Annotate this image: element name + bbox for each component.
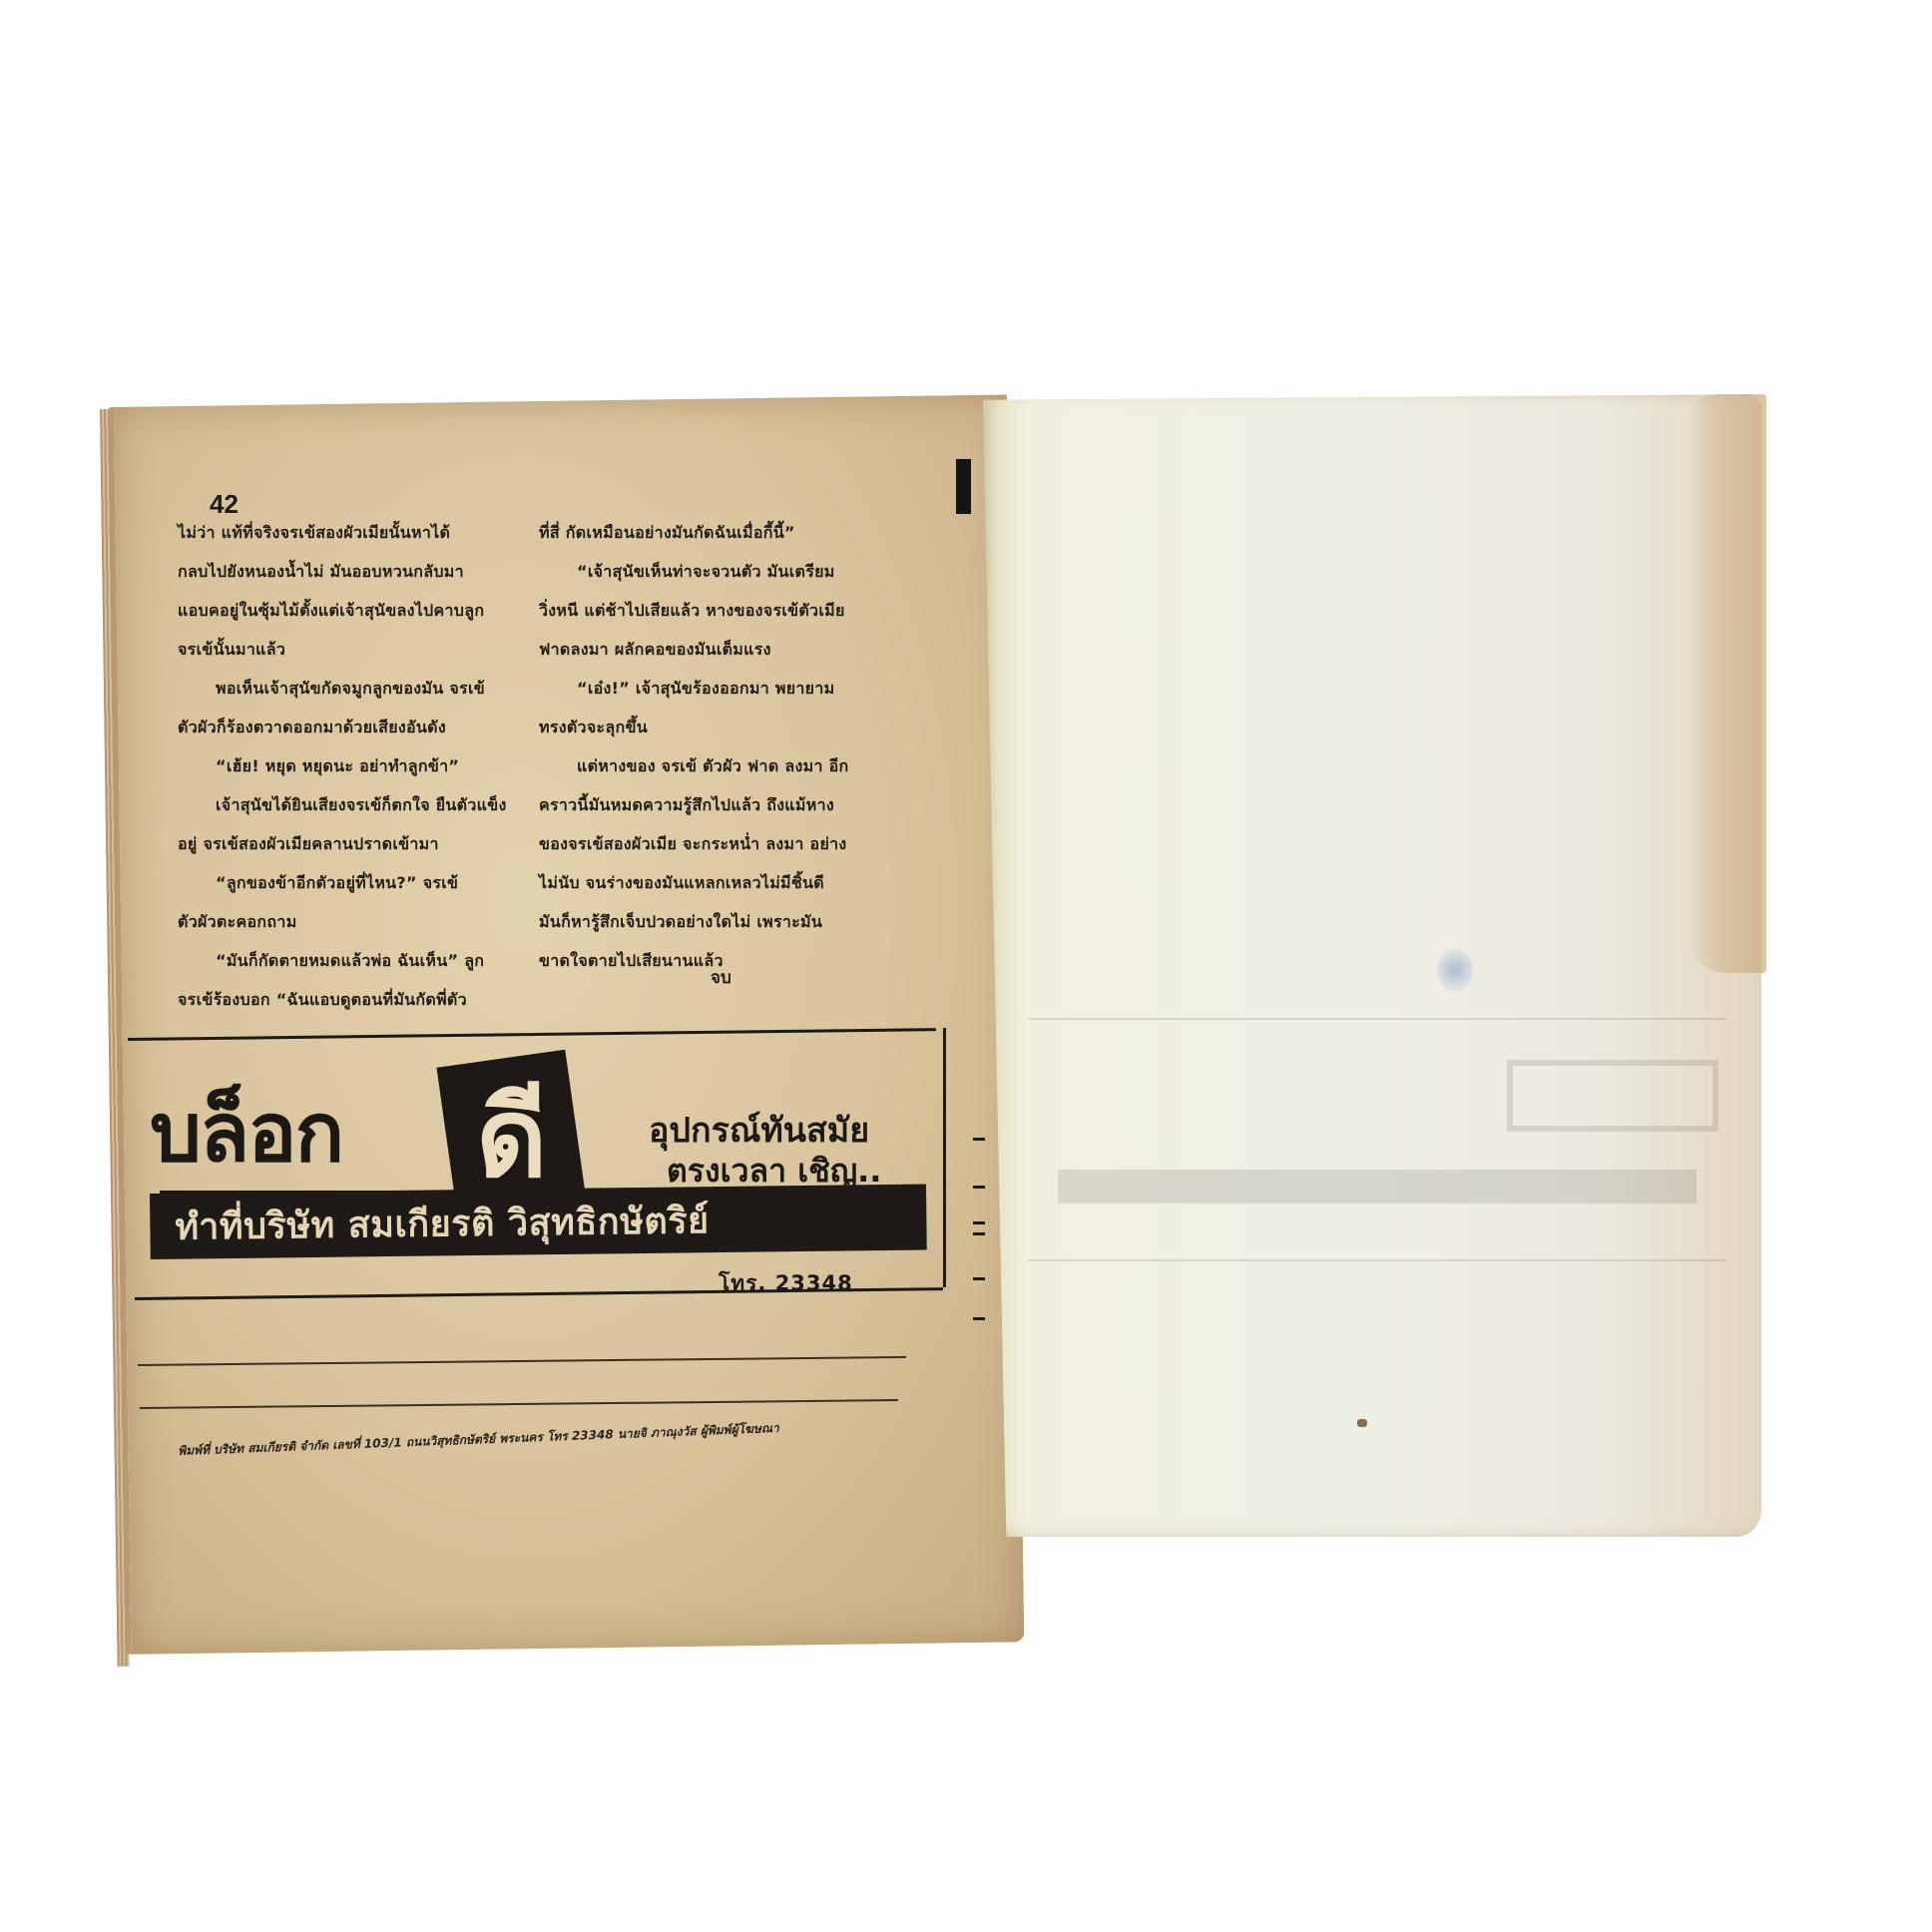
text-line: “มันก็กัดตายหมดแล้วพ่อ ฉันเห็น” ลูก: [178, 941, 522, 980]
text-line: ตัวผัวตะคอกถาม: [178, 902, 522, 941]
text-line: มันก็หารู้สึกเจ็บปวดอย่างใดไม่ เพราะมัน: [539, 902, 883, 941]
text-line: จรเข้นั้นมาแล้ว: [178, 630, 522, 669]
text-line: ของจรเข้สองผัวเมีย จะกระหน่ำ ลงมา อย่าง: [539, 824, 883, 863]
ink-smudge: [1437, 948, 1473, 992]
text-line: ทรงตัวจะลุกขึ้น: [539, 708, 883, 746]
text-line: ไม่นับ จนร่างของมันแหลกเหลวไม่มีชิ้นดี: [539, 863, 883, 902]
text-line: “เฮ้ย! หยุด หยุดนะ อย่าทำลูกข้า”: [178, 746, 522, 785]
ad-border-right: [943, 1028, 946, 1287]
text-line: “เอ๋ง!” เจ้าสุนัขร้องออกมา พยายาม: [539, 669, 883, 708]
text-line: ที่สี่ กัดเหมือนอย่างมันกัดฉันเมื่อกี้นี…: [539, 513, 883, 552]
gutter-marks: [973, 1138, 987, 1367]
text-line: ฟาดลงมา ผลักคอของมันเต็มแรง: [539, 630, 883, 669]
text-line: อยู่ จรเข้สองผัวเมียคลานปราดเข้ามา: [178, 824, 522, 863]
text-column-left: ไม่ว่า แท้ที่จริงจรเข้สองผัวเมียนั้นหาได…: [178, 513, 522, 1019]
text-line: วิ่งหนี แต่ช้าไปเสียแล้ว หางของจรเข้ตัวเ…: [539, 591, 883, 630]
spot-stain: [1357, 1419, 1367, 1427]
show-through-print: [1028, 1018, 1726, 1261]
text-line: พอเห็นเจ้าสุนัขกัดจมูกลูกของมัน จรเข้: [178, 669, 522, 708]
text-line: แอบคอยู่ในซุ้มไม้ตั้งแต่เจ้าสุนัขลงไปคาบ…: [178, 591, 522, 630]
ad-banner: ทำที่บริษัท สมเกียรติ วิสุทธิกษัตริย์: [150, 1184, 927, 1259]
text-line: แต่หางของ จรเข้ ตัวผัว ฟาด ลงมา อีก: [539, 746, 883, 785]
text-line: เจ้าสุนัขได้ยินเสียงจรเข้ก็ตกใจ ยืนตัวแข…: [178, 785, 522, 824]
text-line: “เจ้าสุนัขเห็นท่าจะจวนตัว มันเตรียม: [539, 552, 883, 591]
text-line: คราวนี้มันหมดความรู้สึกไปแล้ว ถึงแม้หาง: [539, 785, 883, 824]
ad-banner-text: ทำที่บริษัท สมเกียรติ วิสุทธิกษัตริย์: [175, 1192, 710, 1255]
water-stain: [1687, 394, 1766, 973]
text-line: ไม่ว่า แท้ที่จริงจรเข้สองผัวเมียนั้นหาได…: [178, 513, 522, 552]
text-line: “ลูกของข้าอีกตัวอยู่ที่ไหน?” จรเข้: [178, 863, 522, 902]
ad-phone: โทร. 23348: [719, 1267, 853, 1300]
end-mark: จบ: [711, 964, 731, 991]
ad-highlight-text: ดี: [476, 1083, 547, 1193]
text-line: จรเข้ร้องบอก “ฉันแอบดูตอนที่มันกัดพี่ตัว: [178, 980, 522, 1019]
text-column-right: ที่สี่ กัดเหมือนอย่างมันกัดฉันเมื่อกี้นี…: [539, 513, 883, 980]
text-line: กลบไปยังหนองน้ำไม่ มันออบหวนกลับมา: [178, 552, 522, 591]
text-line: ตัวผัวก็ร้องตวาดออกมาด้วยเสียงอันดัง: [178, 708, 522, 746]
right-page: [983, 394, 1761, 1537]
thumb-index-tab: [956, 459, 971, 514]
ad-brand-title: บล็อก: [150, 1093, 342, 1175]
